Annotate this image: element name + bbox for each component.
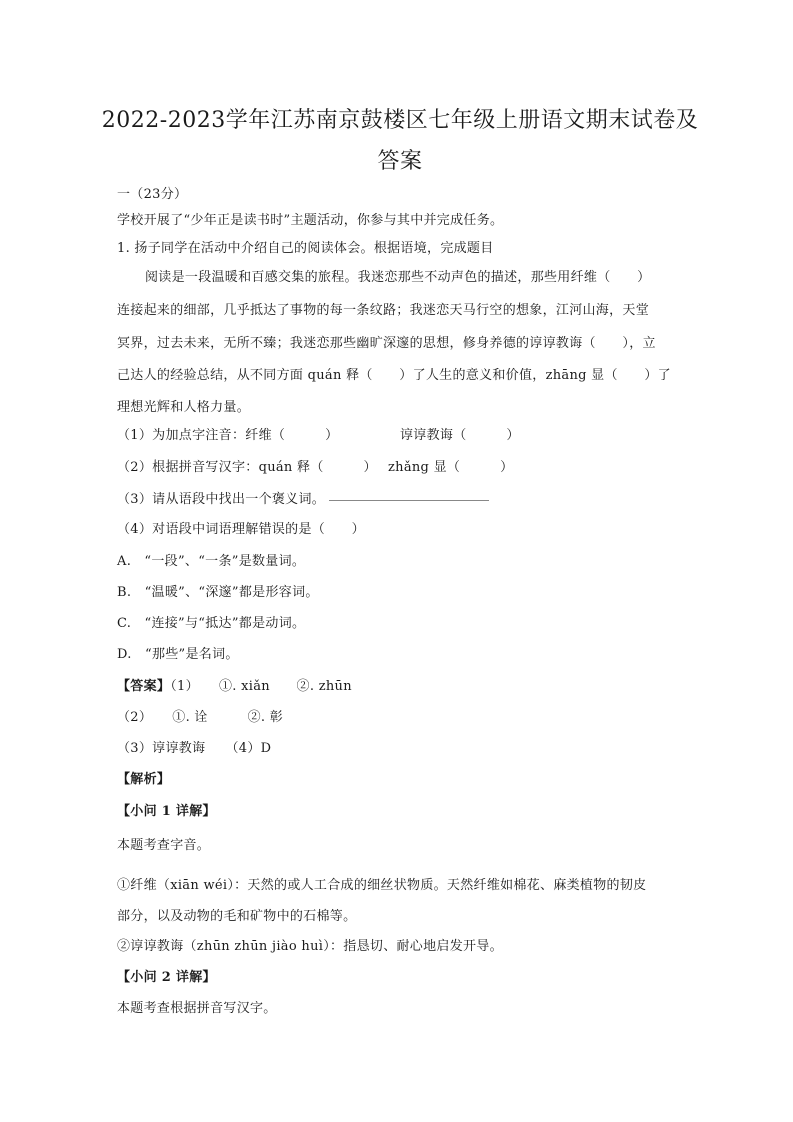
sub-question-3-text: （3）请从语段中找出一个褒义词。: [117, 492, 325, 507]
analysis-sub-1-header: 【小问 1 详解】: [117, 800, 216, 819]
passage-line-5: 理想光辉和人格力量。: [117, 396, 250, 415]
option-a: A. “一段”、“一条”是数量词。: [117, 550, 305, 569]
analysis-sub-2-intro: 本题考查根据拼音写汉字。: [117, 997, 277, 1016]
answer-line-1-text: （1） ①. xiǎn ②. zhūn: [170, 679, 352, 694]
answer-line-3: （3）谆谆教诲 （4）D: [117, 737, 271, 756]
answer-line-1: 【答案】（1） ①. xiǎn ②. zhūn: [117, 675, 352, 694]
question-1-stem: 1. 扬子同学在活动中介绍自己的阅读体会。根据语境，完成题目: [117, 237, 494, 256]
answer-label: 【答案】: [117, 679, 170, 694]
option-b: B. “温暖”、“深邃”都是形容词。: [117, 581, 319, 600]
answer-line-2: （2） ①. 诠 ②. 彰: [117, 706, 283, 725]
passage-line-2: 连接起来的细部，几乎抵达了事物的每一条纹路；我迷恋天马行空的想象，江河山海，天堂: [117, 299, 649, 318]
sub-question-2: （2）根据拼音写汉字：quán 释（ ）: [117, 456, 377, 475]
answer-blank-line[interactable]: [329, 499, 489, 501]
passage-line-1: 阅读是一段温暖和百感交集的旅程。我迷恋那些不动声色的描述，那些用纤维（ ）: [145, 266, 650, 285]
section-header: 一（23分）: [117, 183, 187, 202]
sub-question-2-prefix: （2）根据拼音写汉字：: [117, 460, 259, 475]
analysis-sub-1-item-1-line-1: ①纤维（xiān wéi）：天然的或人工合成的细丝状物质。天然纤维如棉花、麻类植…: [117, 874, 646, 893]
option-c: C. “连接”与“抵达”都是动词。: [117, 612, 305, 631]
option-d: D. “那些”是名词。: [117, 643, 239, 662]
analysis-sub-1-intro: 本题考查字音。: [117, 834, 210, 853]
analysis-header: 【解析】: [117, 768, 170, 787]
sub-question-2-word-1: quán 释（ ）: [259, 460, 377, 475]
document-page: 2022-2023学年江苏南京鼓楼区七年级上册语文期末试卷及 答案 一（23分）…: [0, 0, 793, 1122]
analysis-sub-1-item-1-line-2: 部分，以及动物的毛和矿物中的石棉等。: [117, 905, 356, 924]
sub-question-1-word-1: 纤维（ ）: [245, 428, 338, 443]
analysis-sub-2-header: 【小问 2 详解】: [117, 966, 216, 985]
section-intro: 学校开展了“少年正是读书时”主题活动，你参与其中并完成任务。: [117, 209, 503, 228]
sub-question-3: （3）请从语段中找出一个褒义词。: [117, 488, 489, 507]
sub-question-1: （1）为加点字注音：纤维（ ）: [117, 424, 338, 443]
sub-question-2-word-2: zhǎng 显（ ）: [388, 456, 513, 475]
document-title: 2022-2023学年江苏南京鼓楼区七年级上册语文期末试卷及: [100, 103, 700, 134]
passage-line-4: 己达人的经验总结，从不同方面 quán 释（ ）了人生的意义和价值，zhāng …: [117, 364, 671, 383]
sub-question-1-word-2: 谆谆教诲（ ）: [400, 424, 520, 443]
analysis-sub-1-item-2: ②谆谆教诲（zhūn zhūn jiào huì）：指恳切、耐心地启发开导。: [117, 935, 503, 954]
passage-line-3: 冥界，过去未来，无所不臻；我迷恋那些幽旷深邃的思想，修身养德的谆谆教诲（ ），立: [117, 332, 656, 351]
document-title-continued: 答案: [100, 144, 700, 175]
sub-question-1-prefix: （1）为加点字注音：: [117, 428, 245, 443]
sub-question-4: （4）对语段中词语理解错误的是（ ）: [117, 518, 365, 537]
